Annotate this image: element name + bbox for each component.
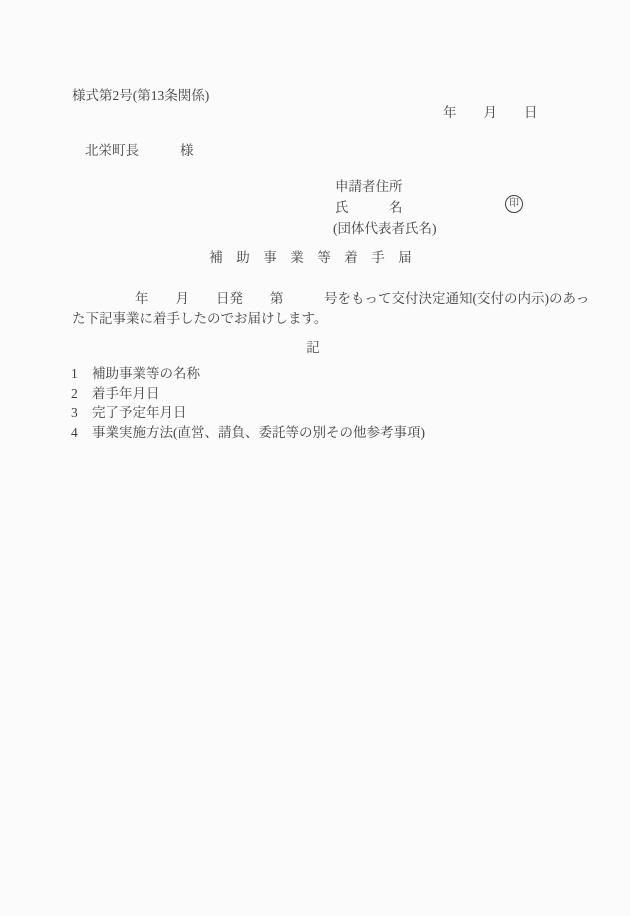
list-item: 2着手年月日 <box>71 386 160 401</box>
applicant-name-label: 氏 名 <box>335 200 403 215</box>
list-item: 1補助事業等の名称 <box>71 366 200 381</box>
list-item-number: 1 <box>71 366 92 381</box>
document-title: 補 助 事 業 等 着 手 届 <box>0 250 621 265</box>
list-item-number: 2 <box>71 386 92 401</box>
list-heading: 記 <box>0 340 626 355</box>
seal-character: 印 <box>509 199 519 209</box>
seal-stamp-icon: 印 <box>505 195 523 213</box>
applicant-address-label: 申請者住所 <box>335 179 403 194</box>
representative-name-label: (団体代表者氏名) <box>333 221 437 236</box>
list-item: 3完了予定年月日 <box>71 405 187 420</box>
addressee-title: 北栄町長 <box>85 143 139 158</box>
form-number: 様式第2号(第13条関係) <box>72 88 209 103</box>
body-text-line-1: 年 月 日発 第 号をもって交付決定通知(交付の内示)のあっ <box>135 291 589 306</box>
list-item-number: 3 <box>71 405 92 420</box>
list-item-text: 完了予定年月日 <box>92 405 187 420</box>
list-item-number: 4 <box>71 425 92 440</box>
addressee-line: 北栄町長様 <box>85 143 194 158</box>
document-page: 様式第2号(第13条関係) 年 月 日 北栄町長様 申請者住所 氏 名 印 (団… <box>0 0 630 916</box>
body-text-line-2: た下記事業に着手したのでお届けします。 <box>72 311 327 326</box>
list-item-text: 補助事業等の名称 <box>92 366 200 381</box>
addressee-honorific: 様 <box>180 143 194 158</box>
list-item-text: 着手年月日 <box>92 386 160 401</box>
list-item: 4事業実施方法(直営、請負、委託等の別その他参考事項) <box>71 425 425 440</box>
date-field: 年 月 日 <box>443 105 538 120</box>
list-item-text: 事業実施方法(直営、請負、委託等の別その他参考事項) <box>92 425 425 440</box>
